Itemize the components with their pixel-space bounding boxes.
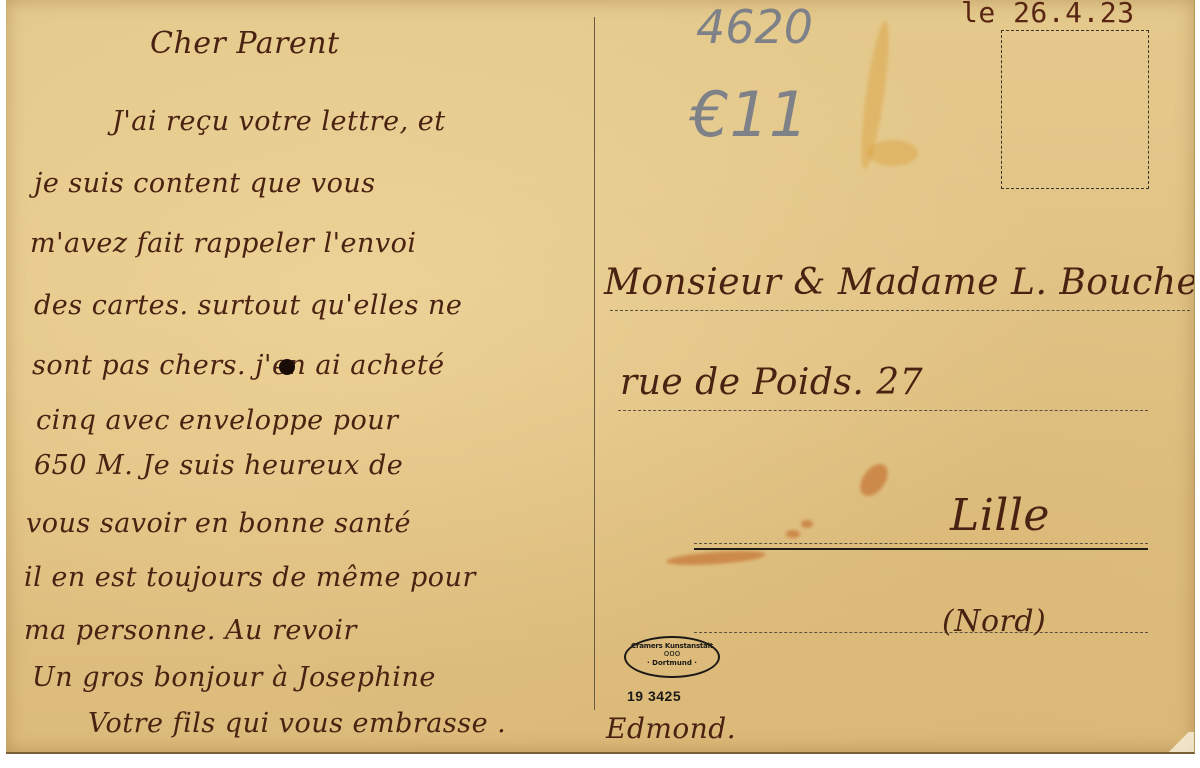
stain	[868, 140, 918, 166]
stain	[855, 459, 894, 501]
publisher-logo: Cramers Kunstanstalt ooo · Dortmund ·	[624, 636, 720, 678]
stain	[801, 520, 813, 528]
address-line-4	[694, 632, 1148, 633]
price-note: €11	[690, 78, 808, 151]
address-recipient: Monsieur & Madame L. Bouche	[604, 262, 1195, 303]
message-line-1: J'ai reçu votre lettre, et	[112, 106, 446, 137]
message-line-12: Votre fils qui vous embrasse .	[88, 708, 506, 739]
address-city: Lille	[950, 490, 1050, 541]
postcard-reverse: Cher Parent J'ai reçu votre lettre, et j…	[6, 0, 1195, 754]
address-line-1	[610, 310, 1190, 311]
address-line-3	[694, 548, 1148, 550]
message-line-3: m'avez fait rappeler l'envoi	[30, 228, 417, 259]
message-line-9: il en est toujours de même pour	[24, 562, 476, 593]
publisher-emblem-icon: ooo	[626, 650, 718, 659]
message-line-7: 650 M. Je suis heureux de	[34, 450, 403, 481]
stain	[786, 530, 800, 538]
ink-blot	[279, 359, 295, 375]
message-salutation: Cher Parent	[150, 26, 340, 61]
message-line-5: sont pas chers. j'en ai acheté	[32, 350, 445, 381]
address-line-2	[618, 410, 1148, 411]
message-line-6: cinq avec enveloppe pour	[36, 405, 399, 436]
date: le 26.4.23	[961, 0, 1135, 29]
corner-wear	[1164, 732, 1194, 752]
card-number: 19 3425	[627, 688, 681, 704]
publisher-city: · Dortmund ·	[626, 659, 718, 667]
message-line-2: je suis content que vous	[34, 168, 376, 199]
stamp-placeholder-box	[1001, 30, 1149, 189]
signature: Edmond.	[606, 712, 736, 745]
address-line-3-dashed	[694, 543, 1148, 544]
message-line-8: vous savoir en bonne santé	[26, 508, 411, 539]
address-street: rue de Poids. 27	[620, 362, 923, 403]
inventory-number: 4620	[696, 0, 813, 54]
message-line-11: Un gros bonjour à Josephine	[32, 662, 436, 693]
message-line-4: des cartes. surtout qu'elles ne	[34, 290, 462, 321]
stain	[666, 549, 767, 568]
center-divider	[594, 17, 595, 710]
address-region: (Nord)	[942, 604, 1046, 639]
message-line-10: ma personne. Au revoir	[24, 615, 357, 646]
